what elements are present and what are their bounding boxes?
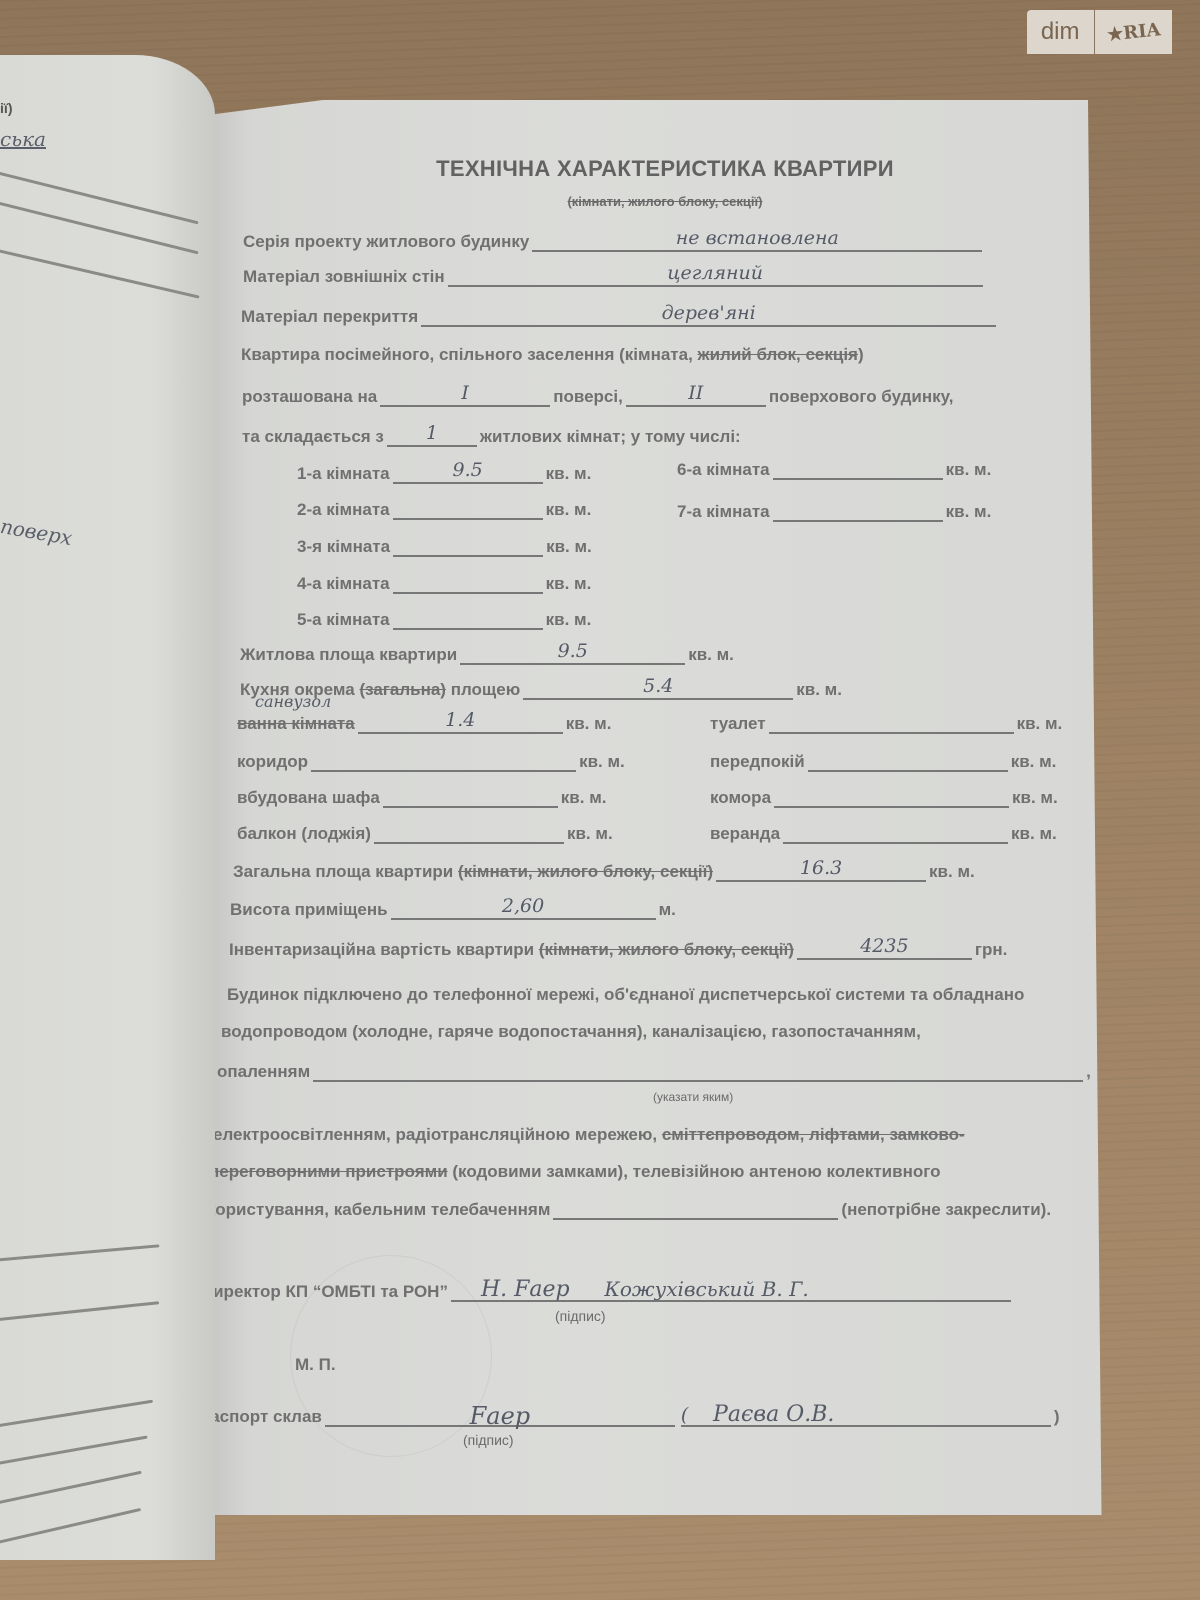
storage-row: комора кв. м.: [710, 786, 1058, 808]
compiled-by-name: Раєва О.В.: [713, 1402, 834, 1427]
room-row: 6-а кімната кв. м.: [677, 458, 991, 480]
occupancy-kept: кімната: [625, 345, 688, 365]
total-area-label: Загальна площа квартири: [233, 862, 453, 882]
heating-row: опаленням ,: [217, 1060, 1091, 1082]
compiled-by-name-field[interactable]: ( Раєва О.В.: [681, 1405, 1051, 1427]
occupancy-row: Квартира посімейного, спільного заселенн…: [241, 345, 864, 365]
utilities-struck: переговорними пристроями: [209, 1162, 448, 1182]
wall-material-row: Матеріал зовнішніх стін цегляний: [243, 265, 986, 287]
cable-tv-field[interactable]: [553, 1198, 838, 1220]
left-page-rule: [0, 245, 200, 299]
kitchen-label-b: площею: [451, 680, 521, 700]
compiled-by-row: Паспорт склав Fаер ( Раєва О.В. ): [198, 1405, 1060, 1427]
balcony-label: балкон (лоджія): [237, 824, 371, 844]
total-area-field[interactable]: 16.3: [716, 860, 926, 882]
room-label: 5-а кімната: [297, 610, 390, 630]
room-7-field[interactable]: [773, 500, 943, 522]
unit-label: кв. м.: [1017, 714, 1063, 734]
utilities-note: (непотрібне закреслити).: [841, 1200, 1051, 1220]
toilet-row: туалет кв. м.: [710, 712, 1062, 734]
room-row: 5-а кімната кв. м.: [297, 608, 591, 630]
unit-label: кв. м.: [1012, 788, 1058, 808]
veranda-field[interactable]: [783, 822, 1008, 844]
inventory-value-field[interactable]: 4235: [797, 938, 972, 960]
floor-material-row: Матеріал перекриття дерев'яні: [241, 305, 999, 327]
watermark-ria-star-logo: ★RIA: [1092, 6, 1174, 58]
bathroom-correction: санвузол: [255, 692, 331, 711]
room-4-field[interactable]: [393, 572, 543, 594]
floor-field[interactable]: I: [380, 385, 550, 407]
heating-field[interactable]: [313, 1060, 1083, 1082]
corridor-field[interactable]: [311, 750, 576, 772]
toilet-field[interactable]: [769, 712, 1014, 734]
left-page: ії) ська поверх: [0, 55, 215, 1560]
unit-label: кв. м.: [1011, 824, 1057, 844]
unit-label: кв. м.: [1011, 752, 1057, 772]
project-series-row: Серія проекту житлового будинку не встан…: [243, 230, 985, 252]
left-page-partial-text: ії): [0, 100, 13, 116]
utilities-line-4: електроосвітленням, радіотрансляційною м…: [213, 1125, 965, 1145]
floor-material-label: Матеріал перекриття: [241, 307, 418, 327]
unit-label: кв. м.: [546, 574, 592, 594]
veranda-row: веранда кв. м.: [710, 822, 1057, 844]
seal-label: М. П.: [295, 1355, 336, 1375]
unit-label: кв. м.: [796, 680, 842, 700]
bathroom-label-struck: ванна кімната: [237, 714, 355, 733]
living-area-label: Житлова площа квартири: [240, 645, 457, 665]
room-label: 3-я кімната: [297, 537, 390, 557]
director-label: Директор КП “ОМБТІ та РОН”: [201, 1282, 448, 1302]
room-1-field[interactable]: 9.5: [393, 462, 543, 484]
utilities-line-2: водопроводом (холодне, гаряче водопостач…: [221, 1022, 921, 1042]
form-page: ТЕХНІЧНА ХАРАКТЕРИСТИКА КВАРТИРИ (кімнат…: [215, 100, 1115, 1515]
left-page-rule: [0, 1244, 159, 1263]
utilities-line-5: переговорними пристроями (кодовими замка…: [209, 1162, 940, 1182]
unit-label: кв. м.: [929, 862, 975, 882]
form-subtitle: (кімнати, жилого блоку, секції): [215, 194, 1115, 209]
wardrobe-field[interactable]: [383, 786, 558, 808]
wall-material-label: Матеріал зовнішніх стін: [243, 267, 445, 287]
ceiling-height-label: Висота приміщень: [230, 900, 388, 920]
wall-material-field[interactable]: цегляний: [448, 265, 983, 287]
balcony-field[interactable]: [374, 822, 564, 844]
compiled-by-label: Паспорт склав: [198, 1407, 322, 1427]
inventory-value-label: Інвентаризаційна вартість квартири: [229, 940, 534, 960]
room-3-field[interactable]: [393, 535, 543, 557]
director-signature-hint: (підпис): [555, 1308, 606, 1324]
room-row: 2-а кімната кв. м.: [297, 498, 591, 520]
rooms-count-field[interactable]: 1: [387, 425, 477, 447]
unit-label: кв. м.: [579, 752, 625, 772]
paren: ): [858, 345, 864, 365]
bathroom-field[interactable]: 1.4: [358, 712, 563, 734]
room-label: 2-а кімната: [297, 500, 390, 520]
left-page-rule: [0, 1471, 142, 1508]
unit-label: кв. м.: [946, 502, 992, 522]
kitchen-struck: (загальна): [359, 680, 446, 700]
meter-unit: м.: [659, 900, 676, 920]
corridor-label: коридор: [237, 752, 308, 772]
left-page-handwriting-top: ська: [0, 127, 46, 151]
rooms-count-prefix: та складається з: [242, 427, 384, 447]
hallway-label: передпокій: [710, 752, 805, 772]
project-series-label: Серія проекту житлового будинку: [243, 232, 529, 252]
left-page-rule: [0, 1400, 153, 1430]
utilities-line-6: користування, кабельним телебаченням (не…: [207, 1198, 1051, 1220]
total-floors-suffix: поверхового будинку,: [769, 387, 954, 407]
unit-label: кв. м.: [946, 460, 992, 480]
unit-label: кв. м.: [546, 610, 592, 630]
paren: (: [681, 1404, 688, 1426]
rooms-count-row: та складається з 1 житлових кімнат; у то…: [242, 425, 741, 447]
utilities-struck: сміттєпроводом, ліфтами, замково-: [662, 1125, 965, 1145]
room-row: 1-а кімната 9.5 кв. м.: [297, 462, 591, 484]
room-6-field[interactable]: [773, 458, 943, 480]
left-page-rule: [0, 1301, 159, 1323]
room-5-field[interactable]: [393, 608, 543, 630]
living-area-field[interactable]: 9.5: [460, 643, 685, 665]
left-page-rule: [0, 1436, 148, 1468]
hallway-row: передпокій кв. м.: [710, 750, 1056, 772]
room-row: 3-я кімната кв. м.: [297, 535, 592, 557]
total-area-struck: (кімнати, жилого блоку, секції): [458, 862, 713, 882]
room-row: 7-а кімната кв. м.: [677, 500, 991, 522]
left-page-handwriting-mid: поверх: [0, 514, 74, 550]
utilities-line-1: Будинок підключено до телефонної мережі,…: [227, 985, 1024, 1005]
ceiling-height-field[interactable]: 2,60: [391, 898, 656, 920]
floor-material-field[interactable]: дерев'яні: [421, 305, 996, 327]
watermark-dim: dim: [1027, 10, 1095, 54]
corridor-row: коридор кв. м.: [237, 750, 625, 772]
room-row: 4-а кімната кв. м.: [297, 572, 591, 594]
director-signature: Н. Fаер: [481, 1277, 570, 1302]
form-title: ТЕХНІЧНА ХАРАКТЕРИСТИКА КВАРТИРИ: [215, 156, 1115, 182]
currency-unit: грн.: [975, 940, 1007, 960]
balcony-row: балкон (лоджія) кв. м.: [237, 822, 613, 844]
location-row: розташована на I поверсі, II поверхового…: [242, 385, 954, 407]
kitchen-field[interactable]: 5.4: [523, 678, 793, 700]
unit-label: кв. м.: [561, 788, 607, 808]
unit-label: кв. м.: [546, 500, 592, 520]
unit-label: кв. м.: [546, 464, 592, 484]
director-signature-field[interactable]: Н. Fаер Кожухівський В. Г.: [451, 1280, 1011, 1302]
inventory-value-row: Інвентаризаційна вартість квартири (кімн…: [229, 938, 1007, 960]
wardrobe-label: вбудована шафа: [237, 788, 380, 808]
total-area-row: Загальна площа квартири (кімнати, жилого…: [233, 860, 975, 882]
left-page-rule: [0, 1508, 141, 1548]
room-label: 4-а кімната: [297, 574, 390, 594]
compiled-by-signature: Fаер: [470, 1402, 531, 1430]
storage-field[interactable]: [774, 786, 1009, 808]
inventory-value-struck: (кімнати, жилого блоку, секції): [539, 940, 794, 960]
bathroom-row: санвузол ванна кімната 1.4 кв. м.: [237, 712, 611, 734]
project-series-field[interactable]: не встановлена: [532, 230, 982, 252]
unit-label: кв. м.: [566, 714, 612, 734]
occupancy-struck: жилий блок, секція: [698, 345, 858, 365]
left-page-rule: [0, 197, 199, 254]
unit-label: кв. м.: [546, 537, 592, 557]
total-floors-field[interactable]: II: [626, 385, 766, 407]
heating-label: опаленням: [217, 1062, 310, 1082]
left-page-rule: [0, 167, 199, 224]
heating-hint: (указати яким): [653, 1090, 733, 1104]
compiled-by-signature-field[interactable]: Fаер: [325, 1405, 675, 1427]
utilities-text: (кодовими замками), телевізійною антеною…: [452, 1162, 940, 1182]
room-2-field[interactable]: [393, 498, 543, 520]
room-label: 1-а кімната: [297, 464, 390, 484]
wardrobe-row: вбудована шафа кв. м.: [237, 786, 607, 808]
floor-suffix: поверсі,: [553, 387, 623, 407]
utilities-text: електроосвітленням, радіотрансляційною м…: [213, 1125, 657, 1145]
utilities-text: користування, кабельним телебаченням: [207, 1200, 550, 1220]
living-area-row: Житлова площа квартири 9.5 кв. м.: [240, 643, 734, 665]
unit-label: кв. м.: [567, 824, 613, 844]
room-label: 7-а кімната: [677, 502, 770, 522]
unit-label: кв. м.: [688, 645, 734, 665]
hallway-field[interactable]: [808, 750, 1008, 772]
ceiling-height-row: Висота приміщень 2,60 м.: [230, 898, 676, 920]
toilet-label: туалет: [710, 714, 766, 734]
occupancy-label: Квартира посімейного, спільного заселенн…: [241, 345, 614, 365]
compiled-by-signature-hint: (підпис): [463, 1432, 514, 1448]
paren: ): [1054, 1407, 1060, 1427]
veranda-label: веранда: [710, 824, 780, 844]
storage-label: комора: [710, 788, 771, 808]
rooms-count-suffix: житлових кімнат; у тому числі:: [480, 427, 741, 447]
director-name: Кожухівський В. Г.: [604, 1277, 808, 1301]
room-label: 6-а кімната: [677, 460, 770, 480]
dimria-watermark: dim ★RIA: [1027, 10, 1172, 54]
location-prefix: розташована на: [242, 387, 377, 407]
director-row: Директор КП “ОМБТІ та РОН” Н. Fаер Кожух…: [201, 1280, 1014, 1302]
